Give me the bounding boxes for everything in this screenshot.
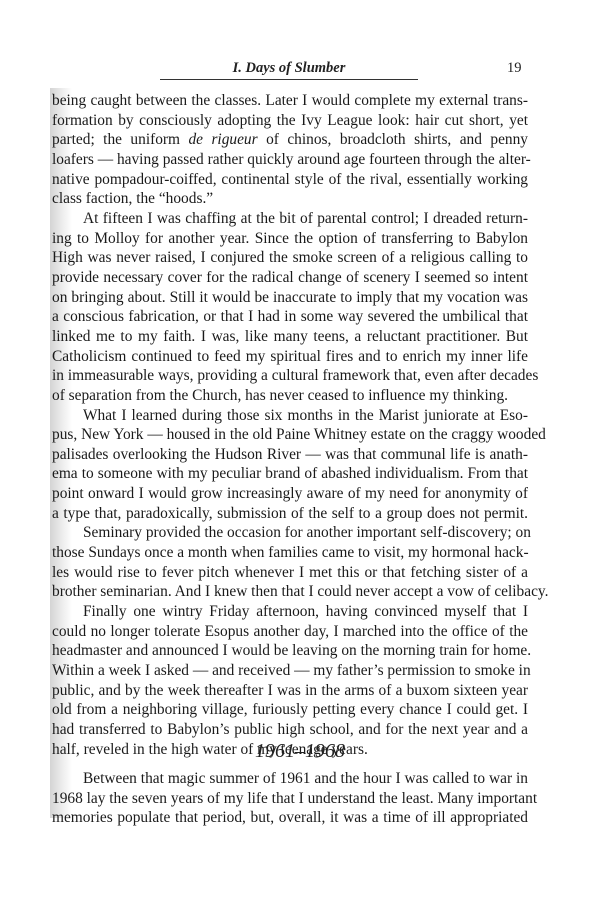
text-line: les would rise to fever pitch whenever I… bbox=[52, 563, 528, 583]
text-line: palisades overlooking the Hudson River —… bbox=[52, 445, 528, 465]
text-line: public, and by the week thereafter I was… bbox=[52, 681, 528, 701]
text-line: native pompadour-coiffed, continental st… bbox=[52, 170, 528, 190]
text-line: Seminary provided the occasion for anoth… bbox=[52, 523, 528, 543]
running-header: I. Days of Slumber 19 bbox=[0, 58, 600, 82]
text-line: provide necessary cover for the radical … bbox=[52, 268, 528, 288]
text-line: formation by consciously adopting the Iv… bbox=[52, 111, 528, 131]
text-line: could no longer tolerate Esopus another … bbox=[52, 622, 528, 642]
body-text-section-1: being caught between the classes. Later … bbox=[52, 91, 528, 759]
text-line: Finally one wintry Friday afternoon, hav… bbox=[52, 602, 528, 622]
text-line: Between that magic summer of 1961 and th… bbox=[52, 769, 528, 789]
text-line: parted; the uniform de rigueur of chinos… bbox=[52, 130, 528, 150]
header-rule bbox=[160, 79, 418, 80]
text-line: old from a neighboring village, furiousl… bbox=[52, 700, 528, 720]
text-line: a type that, paradoxically, submission o… bbox=[52, 504, 528, 524]
text-line: What I learned during those six months i… bbox=[52, 406, 528, 426]
text-line: memories populate that period, but, over… bbox=[52, 808, 528, 828]
italic-phrase: de rigueur bbox=[188, 131, 257, 148]
text-line: brother seminarian. And I knew then that… bbox=[52, 582, 528, 602]
text-line: ing to Molloy for another year. Since th… bbox=[52, 229, 528, 249]
text-line: in immeasurable ways, providing a cultur… bbox=[52, 366, 528, 386]
text-line: pus, New York — housed in the old Paine … bbox=[52, 425, 528, 445]
body-text-section-2: Between that magic summer of 1961 and th… bbox=[52, 769, 528, 828]
text-line: those Sundays once a month when families… bbox=[52, 543, 528, 563]
text-line: class faction, the “hoods.” bbox=[52, 189, 528, 209]
text-line: ema to someone with my peculiar brand of… bbox=[52, 464, 528, 484]
text-line: a conscious fabrication, or that I had i… bbox=[52, 307, 528, 327]
text-line: headmaster and announced I would be leav… bbox=[52, 641, 528, 661]
text-line: had transferred to Babylon’s public high… bbox=[52, 720, 528, 740]
text-line: point onward I would grow increasingly a… bbox=[52, 484, 528, 504]
text-line: on bringing about. Still it would be ina… bbox=[52, 288, 528, 308]
text-line: High was never raised, I conjured the sm… bbox=[52, 248, 528, 268]
running-title: I. Days of Slumber bbox=[160, 58, 418, 78]
text-line: loafers — having passed rather quickly a… bbox=[52, 150, 528, 170]
text-line: of separation from the Church, has never… bbox=[52, 386, 528, 406]
text-line: being caught between the classes. Later … bbox=[52, 91, 528, 111]
text-line: 1968 lay the seven years of my life that… bbox=[52, 789, 528, 809]
section-heading: 1961–1968 bbox=[0, 738, 600, 764]
text-line: Within a week I asked — and received — m… bbox=[52, 661, 528, 681]
text-line: At fifteen I was chaffing at the bit of … bbox=[52, 209, 528, 229]
text-line: Catholicism continued to feed my spiritu… bbox=[52, 347, 528, 367]
page-number: 19 bbox=[507, 58, 522, 78]
text-line: linked me to my faith. I was, like many … bbox=[52, 327, 528, 347]
